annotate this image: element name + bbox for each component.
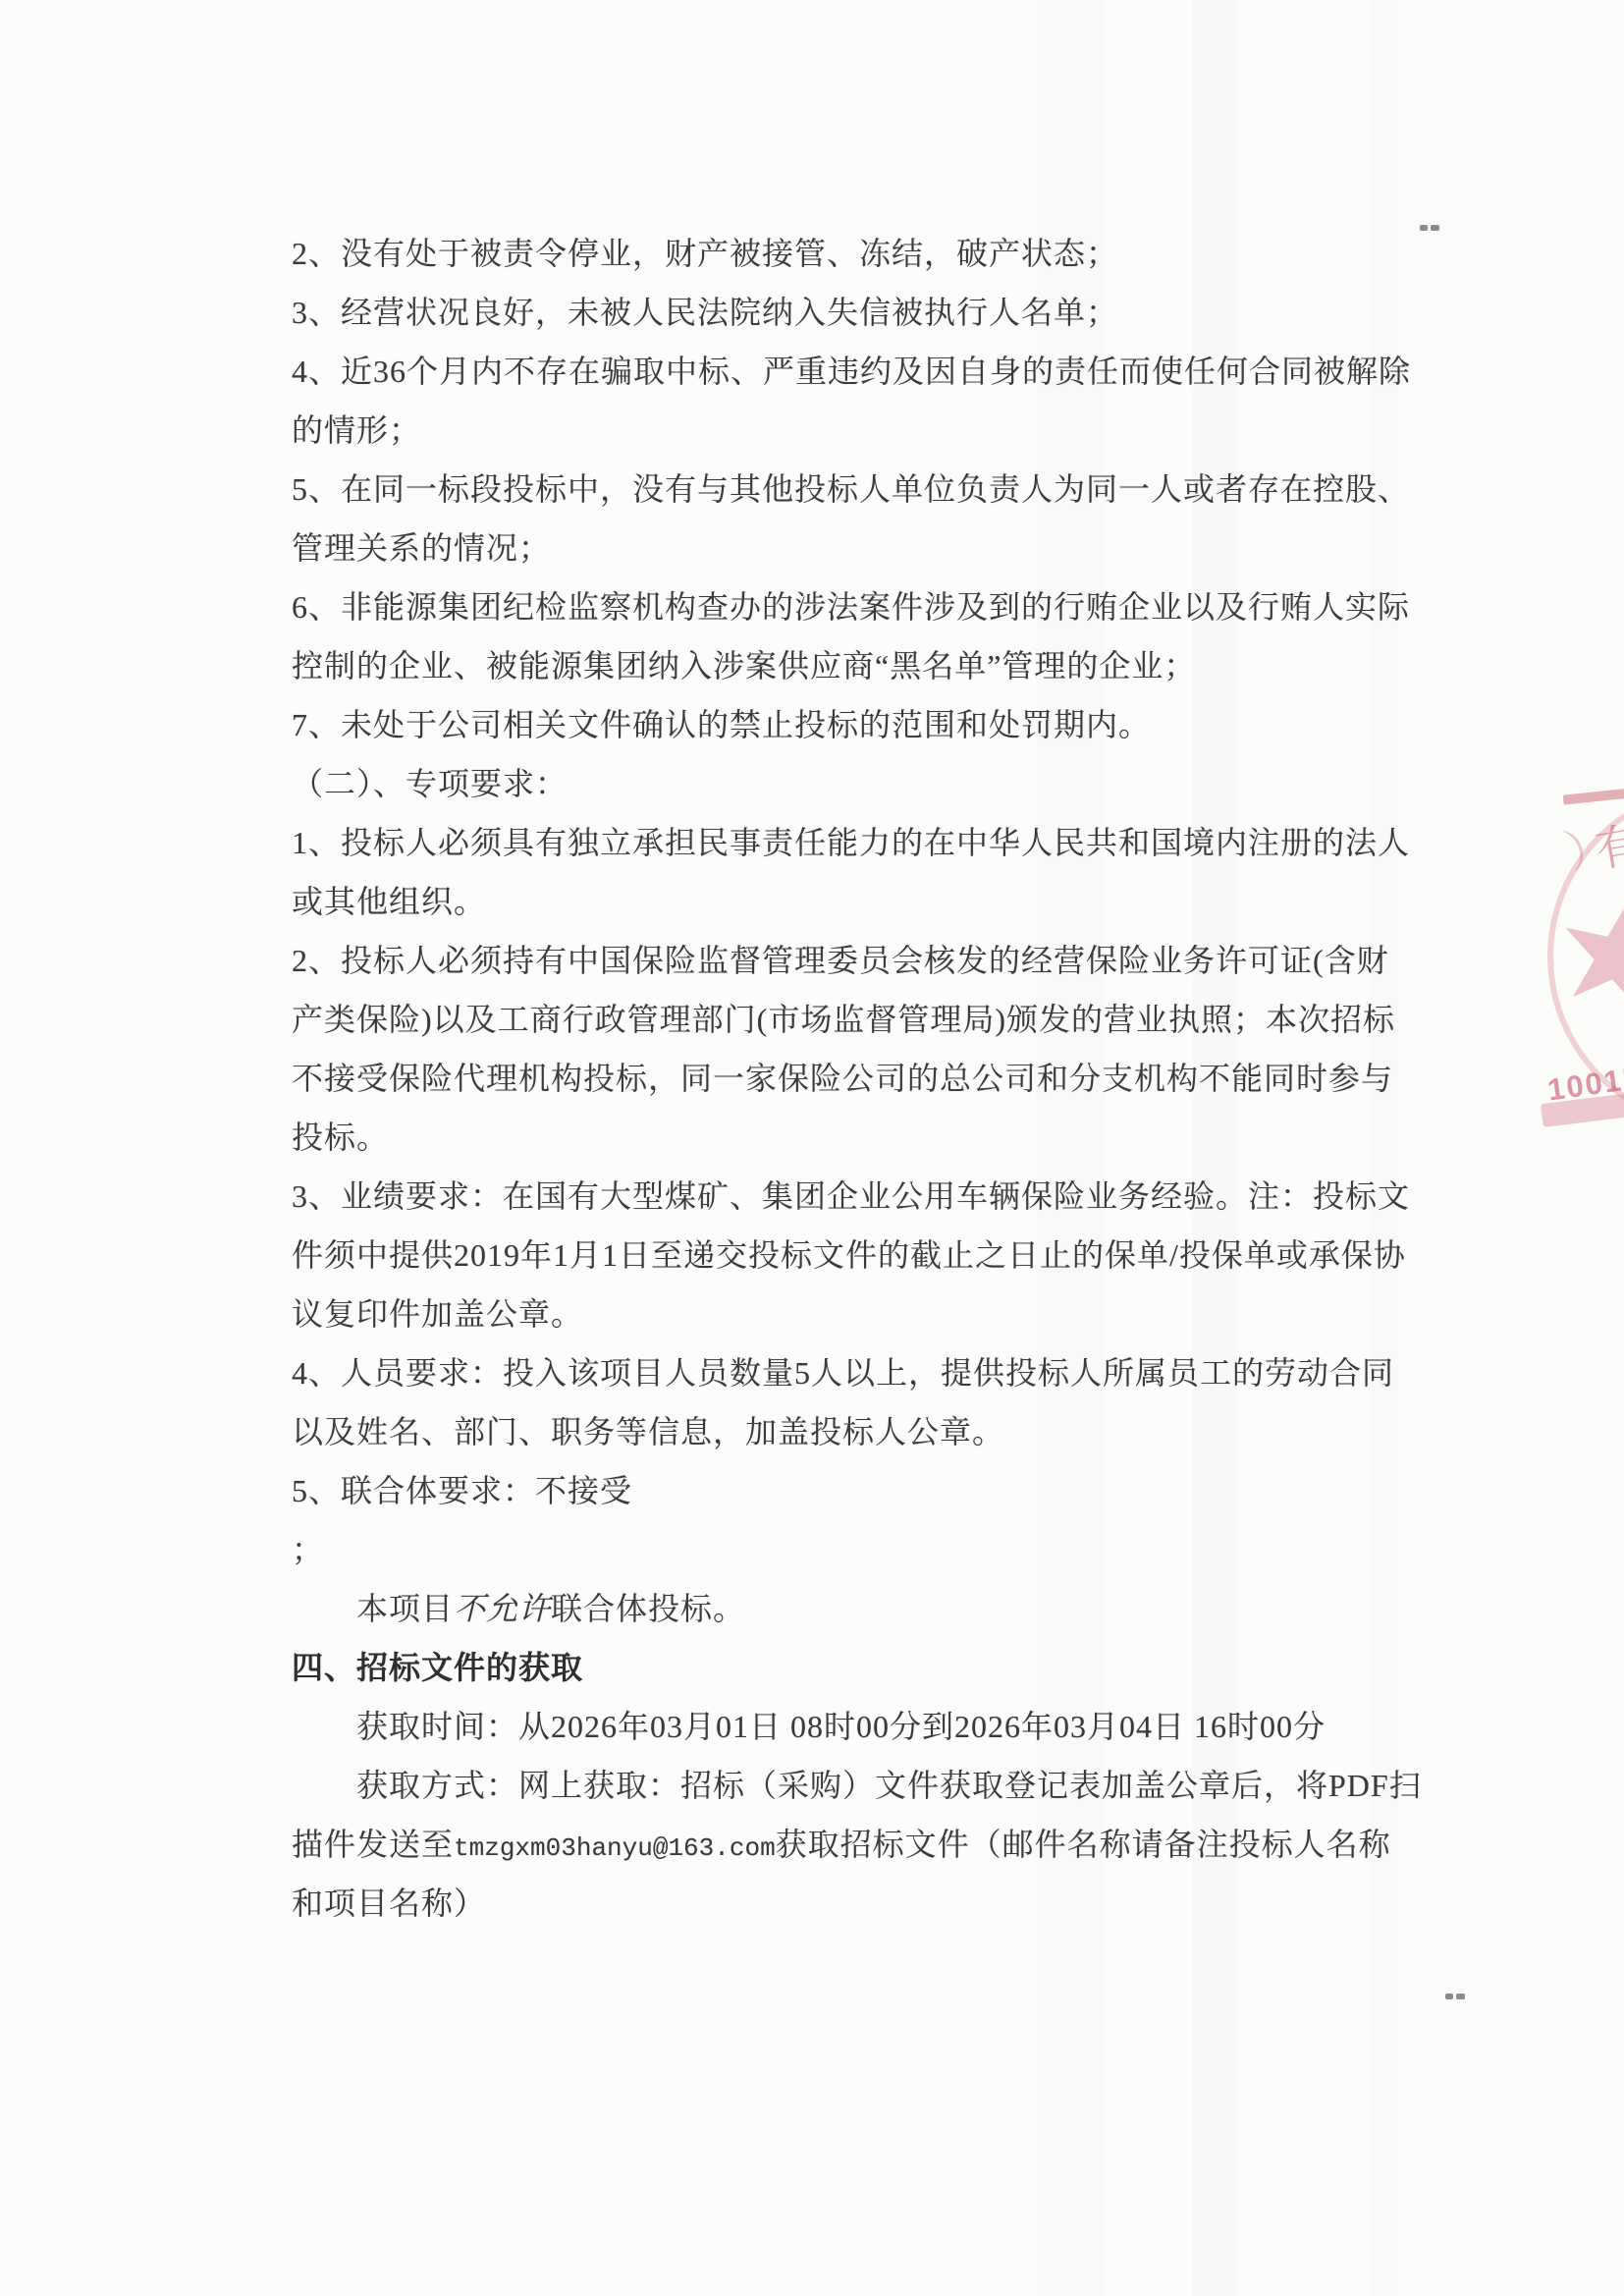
- text-segment: 控制的企业、被能源集团纳入涉案供应商“黑名单”管理的企业；: [292, 648, 1196, 683]
- document-lines: 2、没有处于被责令停业，财产被接管、冻结，破产状态；3、经营状况良好，未被人民法…: [292, 224, 1391, 1933]
- text-segment: 4、人员要求：投入该项目人员数量5人以上，提供投标人所属员工的劳动合同: [292, 1355, 1394, 1391]
- text-segment: 1、投标人必须具有独立承担民事责任能力的在中华人民共和国境内注册的法人: [292, 825, 1410, 860]
- text-segment: tmzgxm03hanyu@163.com: [454, 1833, 776, 1863]
- special-item-1-cont: 或其他组织。: [292, 872, 1391, 931]
- text-segment: 本项目: [356, 1591, 454, 1626]
- special-item-2-cont2: 不接受保险代理机构投标，同一家保险公司的总公司和分支机构不能同时参与: [292, 1049, 1391, 1108]
- special-item-5: 5、联合体要求：不接受: [292, 1461, 1391, 1520]
- text-segment: 3、业绩要求：在国有大型煤矿、集团企业公用车辆保险业务经验。注：投标文: [292, 1178, 1410, 1214]
- text-segment: 议复印件加盖公章。: [292, 1296, 583, 1332]
- text-segment: 产类保险)以及工商行政管理部门(市场监督管理局)颁发的营业执照；本次招标: [292, 1002, 1395, 1037]
- consortium-note: 本项目不允许联合体投标。: [292, 1579, 1391, 1638]
- special-item-2: 2、投标人必须持有中国保险监督管理委员会核发的经营保险业务许可证(含财: [292, 931, 1391, 990]
- text-segment: 5、联合体要求：不接受: [292, 1473, 632, 1508]
- text-segment: 3、经营状况良好，未被人民法院纳入失信被执行人名单；: [292, 295, 1118, 330]
- text-segment: 5、在同一标段投标中，没有与其他投标人单位负责人为同一人或者存在控股、: [292, 471, 1410, 507]
- seal-bottom-bar: [1541, 1092, 1624, 1127]
- item-4: 4、近36个月内不存在骗取中标、严重违约及因自身的责任而使任何合同被解除: [292, 342, 1391, 401]
- text-segment: 4、近36个月内不存在骗取中标、严重违约及因自身的责任而使任何合同被解除: [292, 354, 1411, 389]
- special-item-2-cont1: 产类保险)以及工商行政管理部门(市场监督管理局)颁发的营业执照；本次招标: [292, 990, 1391, 1049]
- item-2: 2、没有处于被责令停业，财产被接管、冻结，破产状态；: [292, 224, 1391, 283]
- text-segment: 以及姓名、部门、职务等信息，加盖投标人公章。: [292, 1414, 1004, 1449]
- text-segment: （二）、专项要求：: [292, 766, 568, 801]
- text-segment: 不接受保险代理机构投标，同一家保险公司的总公司和分支机构不能同时参与: [292, 1061, 1393, 1096]
- obtain-time: 获取时间：从2026年03月01日 08时00分到2026年03月04日 16时…: [292, 1697, 1391, 1756]
- seal-number: 10015: [1545, 1060, 1624, 1108]
- seal-top-bar: [1563, 788, 1624, 804]
- text-segment: 获取方式：网上获取：招标（采购）文件获取登记表加盖公章后，将PDF扫: [356, 1768, 1422, 1803]
- item-5: 5、在同一标段投标中，没有与其他投标人单位负责人为同一人或者存在控股、: [292, 460, 1391, 519]
- orphan-semicolon: ；: [292, 1520, 1391, 1579]
- item-6: 6、非能源集团纪检监察机构查办的涉法案件涉及到的行贿企业以及行贿人实际: [292, 577, 1391, 636]
- scanned-tender-document-page: 2、没有处于被责令停业，财产被接管、冻结，破产状态；3、经营状况良好，未被人民法…: [0, 0, 1624, 2296]
- item-3: 3、经营状况良好，未被人民法院纳入失信被执行人名单；: [292, 283, 1391, 342]
- text-segment: 2、投标人必须持有中国保险监督管理委员会核发的经营保险业务许可证(含财: [292, 943, 1389, 978]
- text-segment: 件须中提供2019年1月1日至递交投标文件的截止之日止的保单/投保单或承保协: [292, 1237, 1406, 1273]
- text-segment: 7、未处于公司相关文件确认的禁止投标的范围和处罚期内。: [292, 707, 1151, 742]
- text-segment: 四、招标文件的获取: [292, 1650, 583, 1685]
- scan-speck: [1445, 1994, 1453, 1999]
- text-segment: 不允许: [454, 1591, 551, 1626]
- section-2-heading: （二）、专项要求：: [292, 754, 1391, 813]
- special-item-1: 1、投标人必须具有独立承担民事责任能力的在中华人民共和国境内注册的法人: [292, 813, 1391, 872]
- item-4-cont: 的情形；: [292, 401, 1391, 460]
- obtain-method-cont2: 和项目名称）: [292, 1874, 1391, 1933]
- scan-speck: [1420, 225, 1428, 231]
- special-item-3-cont1: 件须中提供2019年1月1日至递交投标文件的截止之日止的保单/投保单或承保协: [292, 1226, 1391, 1285]
- obtain-method: 获取方式：网上获取：招标（采购）文件获取登记表加盖公章后，将PDF扫: [292, 1756, 1391, 1815]
- text-segment: 6、非能源集团纪检监察机构查办的涉法案件涉及到的行贿企业以及行贿人实际: [292, 589, 1410, 625]
- section-4-heading: 四、招标文件的获取: [292, 1638, 1391, 1697]
- text-segment: 投标。: [292, 1120, 389, 1155]
- text-segment: 的情形；: [292, 412, 421, 448]
- text-segment: 获取时间：从2026年03月01日 08时00分到2026年03月04日 16时…: [356, 1709, 1326, 1744]
- item-6-cont: 控制的企业、被能源集团纳入涉案供应商“黑名单”管理的企业；: [292, 636, 1391, 695]
- special-item-2-cont3: 投标。: [292, 1108, 1391, 1167]
- seal-character: 有: [1589, 805, 1624, 880]
- seal-circle-arc: [1525, 761, 1624, 1152]
- special-item-4-cont: 以及姓名、部门、职务等信息，加盖投标人公章。: [292, 1402, 1391, 1461]
- text-segment: ；: [292, 1532, 324, 1567]
- text-segment: 管理关系的情况；: [292, 530, 551, 566]
- text-segment: 或其他组织。: [292, 884, 486, 919]
- text-segment: 联合体投标。: [551, 1591, 745, 1626]
- special-item-3-cont2: 议复印件加盖公章。: [292, 1285, 1391, 1343]
- seal-star-icon: ★: [1538, 870, 1624, 1042]
- item-7: 7、未处于公司相关文件确认的禁止投标的范围和处罚期内。: [292, 695, 1391, 754]
- item-5-cont: 管理关系的情况；: [292, 519, 1391, 577]
- text-segment: 描件发送至: [292, 1827, 454, 1862]
- special-item-4: 4、人员要求：投入该项目人员数量5人以上，提供投标人所属员工的劳动合同: [292, 1343, 1391, 1402]
- text-segment: 获取招标文件（邮件名称请备注投标人名称: [776, 1827, 1391, 1862]
- obtain-method-cont1: 描件发送至tmzgxm03hanyu@163.com获取招标文件（邮件名称请备注…: [292, 1815, 1391, 1874]
- text-segment: 和项目名称）: [292, 1886, 486, 1921]
- special-item-3: 3、业绩要求：在国有大型煤矿、集团企业公用车辆保险业务经验。注：投标文: [292, 1167, 1391, 1226]
- text-segment: 2、没有处于被责令停业，财产被接管、冻结，破产状态；: [292, 236, 1118, 271]
- seal-curve-stroke: ）: [1556, 806, 1619, 882]
